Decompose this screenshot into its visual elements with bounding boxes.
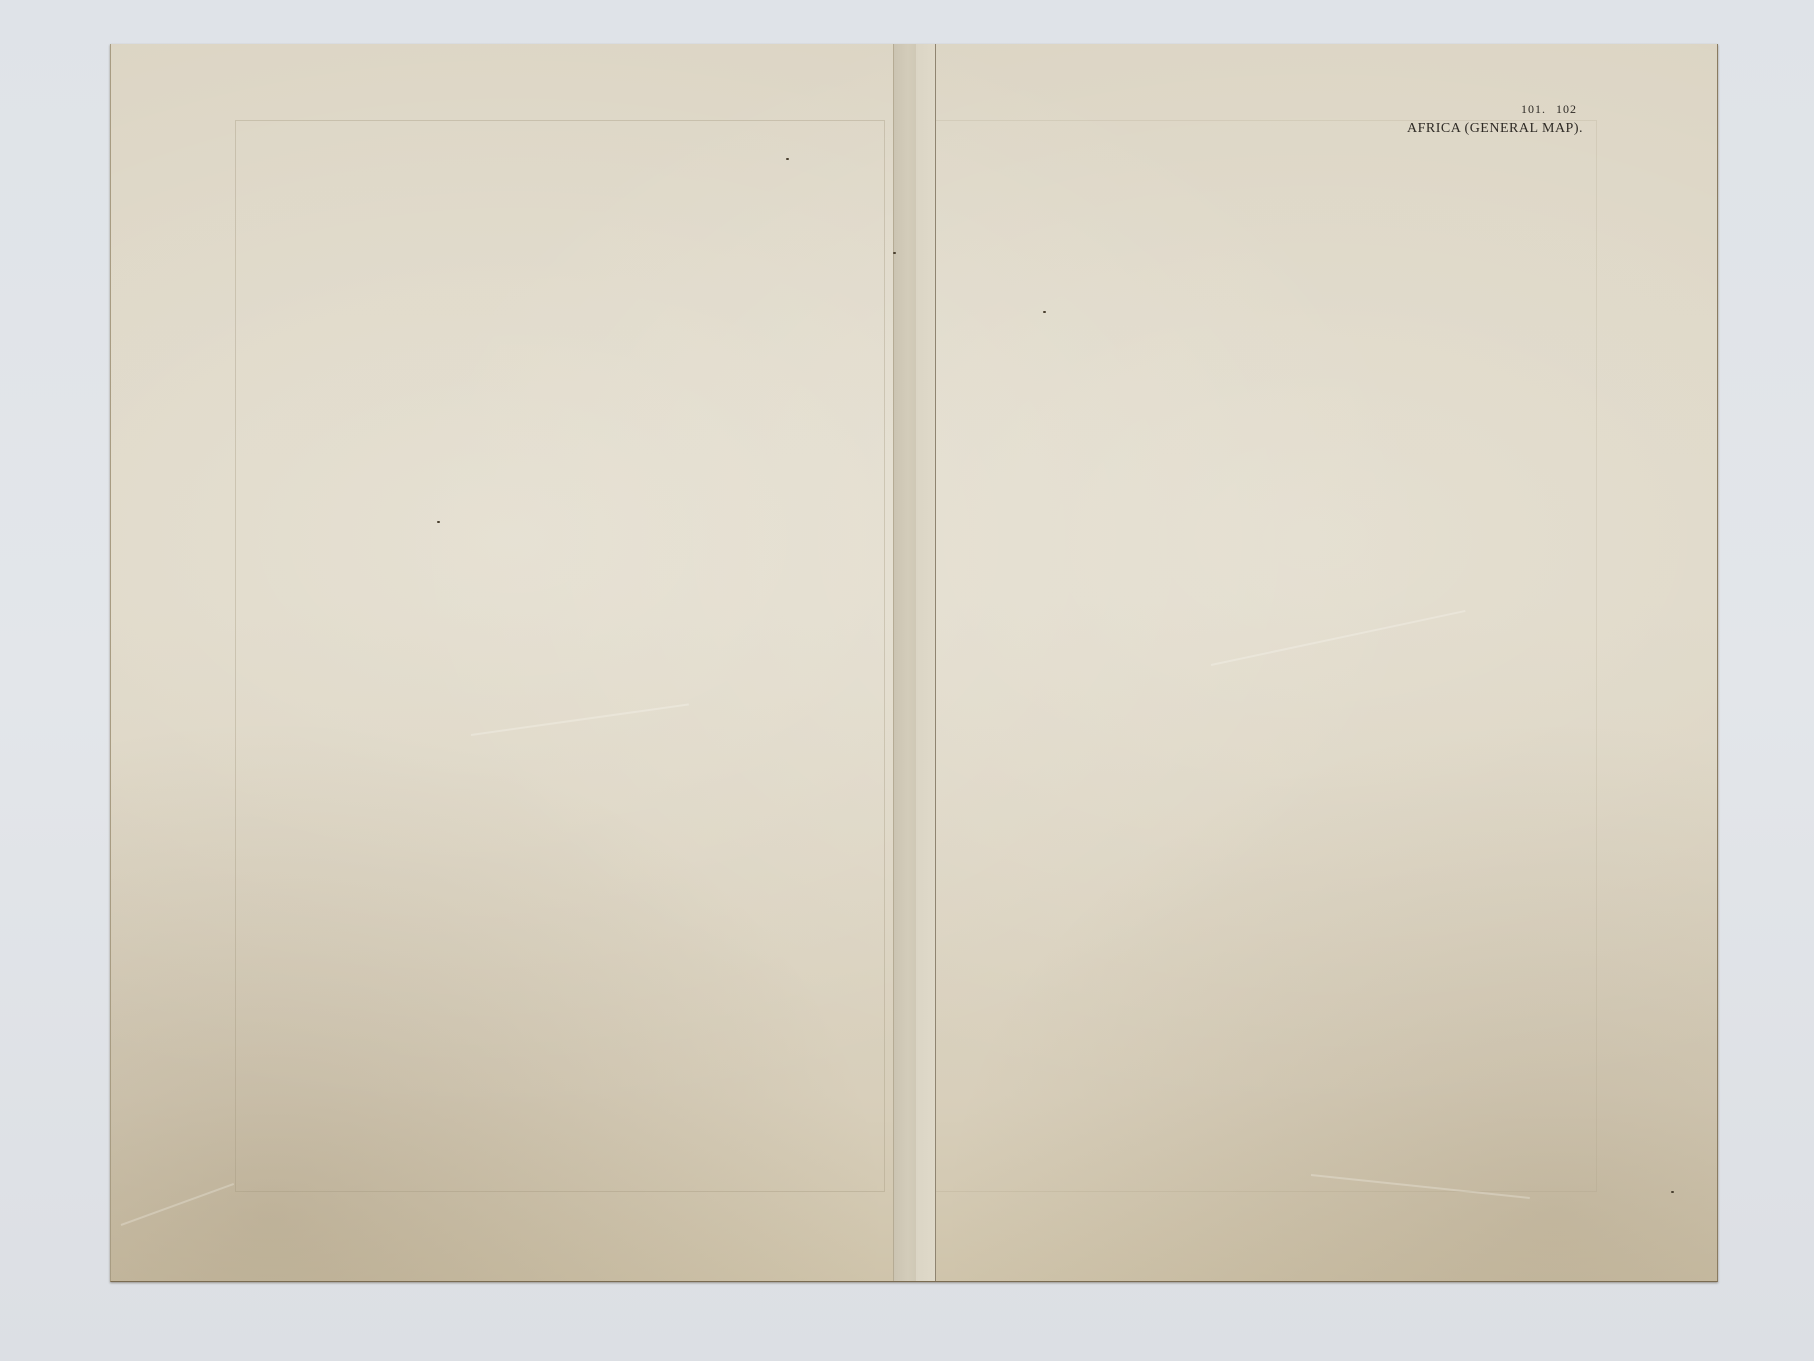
binding-strip	[893, 44, 936, 1281]
printed-border-frame	[235, 120, 885, 1192]
plate-numbers: 101.102	[1407, 102, 1583, 117]
paper-speck	[437, 521, 440, 523]
paper-speck	[786, 158, 789, 160]
paper-speck	[1671, 1191, 1674, 1193]
paper-sheet: 101.102 AFRICA (GENERAL MAP).	[110, 44, 1718, 1282]
plate-number-left: 101.	[1521, 102, 1546, 116]
paper-speck	[1043, 311, 1046, 313]
left-page	[111, 44, 893, 1281]
printed-border-frame-right	[936, 120, 1597, 1192]
paper-speck	[893, 252, 896, 254]
plate-header: 101.102 AFRICA (GENERAL MAP).	[1407, 102, 1583, 137]
right-page: 101.102 AFRICA (GENERAL MAP).	[936, 44, 1717, 1281]
plate-number-right: 102	[1556, 102, 1577, 116]
binding-strip-outer	[916, 44, 935, 1281]
plate-title: AFRICA (GENERAL MAP).	[1407, 121, 1583, 137]
binding-strip-inner	[893, 44, 918, 1281]
